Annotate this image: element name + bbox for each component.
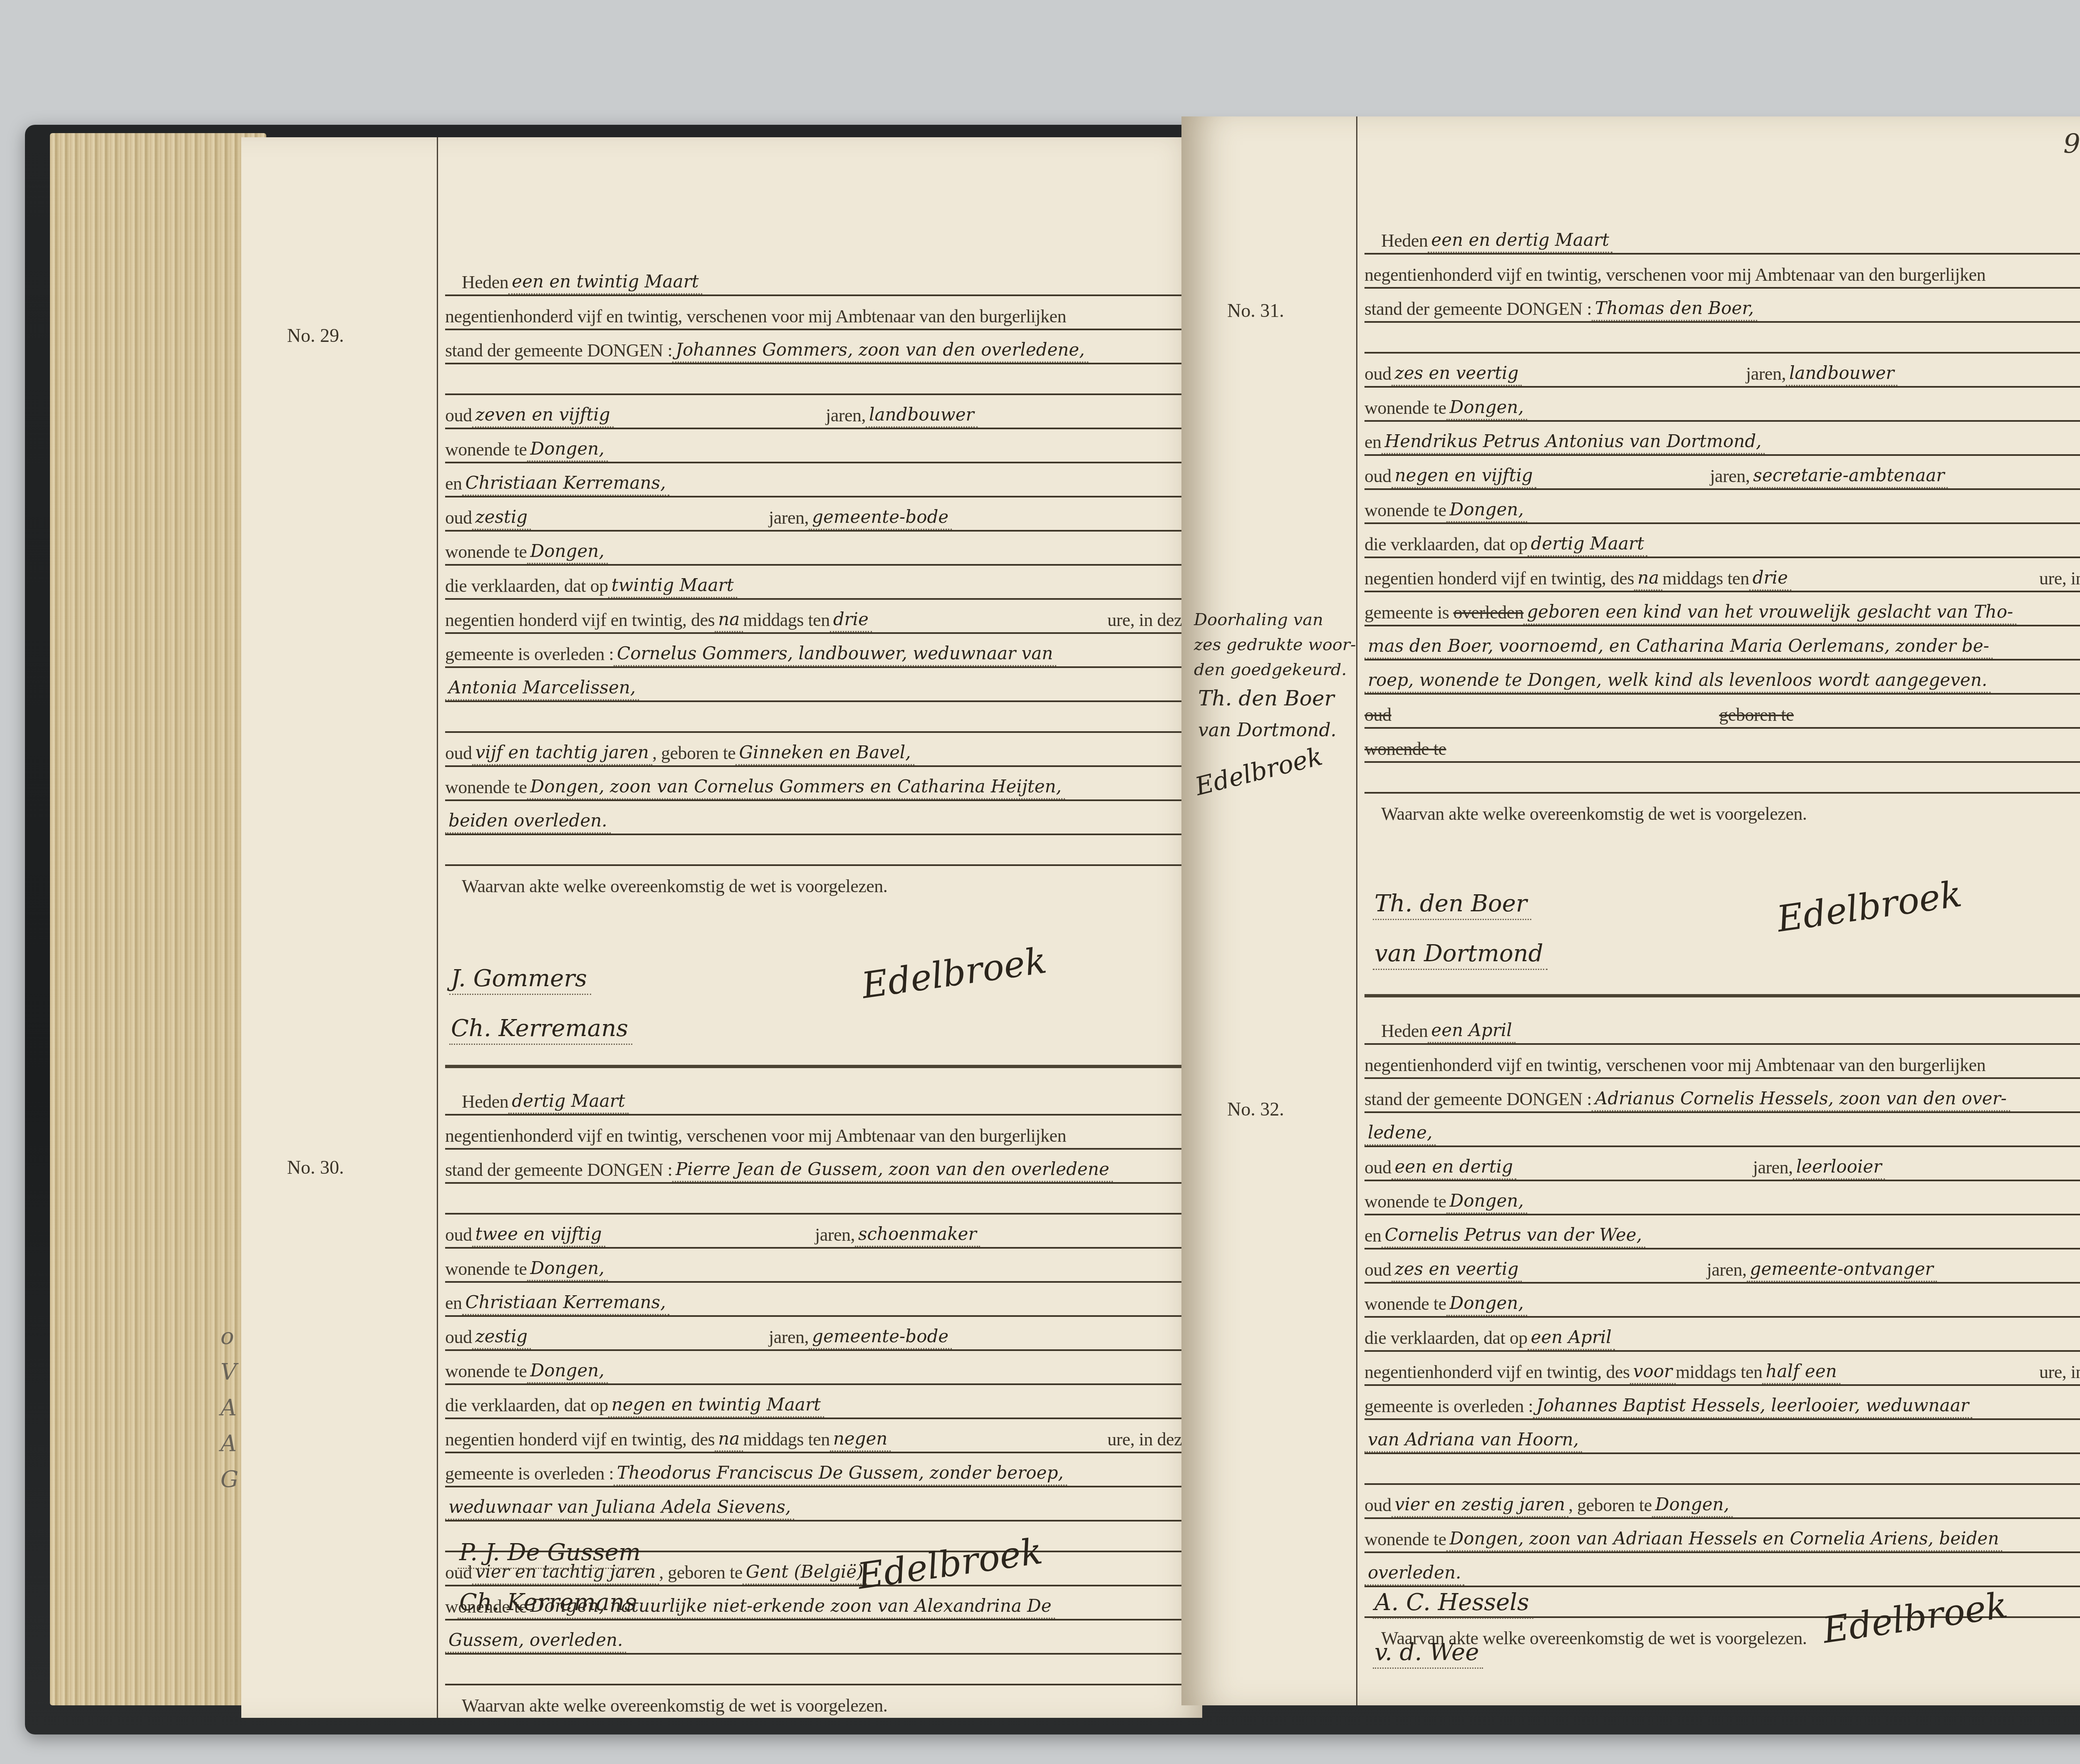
death-date: twintig Maart <box>608 575 737 598</box>
record-divider <box>1364 994 2080 997</box>
deceased-line-2: van Adriana van Hoorn, <box>1364 1429 1582 1452</box>
declarant-1-residence: Dongen, <box>1446 397 1527 420</box>
declarant-1-occupation: landbouwer <box>866 404 978 428</box>
label-ure: ure, in deze <box>2039 1361 2080 1384</box>
time-hour: half een <box>1762 1361 1840 1384</box>
label-heden: Heden <box>445 272 508 294</box>
witness-signature-2: Ch. Kerremans <box>449 1015 632 1045</box>
label-middags-ten: middags ten <box>743 609 830 632</box>
label-stand: stand der gemeente DONGEN : <box>1364 1089 1592 1111</box>
residence-line-2: beiden overleden. <box>445 810 611 834</box>
label-jaren: jaren, <box>815 1224 855 1247</box>
event-line-2: mas den Boer, voornoemd, en Catharina Ma… <box>1364 636 1993 659</box>
label-oud: oud <box>445 405 472 428</box>
label-time-line: negentien honderd vijf en twintig, des <box>445 1429 715 1452</box>
label-oud: oud <box>445 742 472 765</box>
label-verklaarden: die verklaarden, dat op <box>1364 1327 1528 1350</box>
label-stand: stand der gemeente DONGEN : <box>445 1159 672 1182</box>
declarant-1-age: zes en veertig <box>1392 363 1522 386</box>
label-oud: oud <box>1364 1259 1392 1282</box>
deceased-age: vijf en tachtig jaren <box>472 742 652 765</box>
label-time-line: negentien honderd vijf en twintig, des <box>1364 568 1634 591</box>
label-ure: ure, in deze <box>2039 568 2080 591</box>
declarant-2-occupation: gemeente-bode <box>809 1326 952 1349</box>
residence-line-1: Dongen, zoon van Adriaan Hessels en Corn… <box>1446 1528 2003 1551</box>
label-wonende-te: wonende te <box>1364 1293 1446 1316</box>
label-geboren-te: , geboren te <box>652 742 735 765</box>
deceased-line-1: Cornelus Gommers, landbouwer, weduwnaar … <box>614 643 1056 666</box>
label-line2: negentienhonderd vijf en twintig, versch… <box>445 1125 1066 1148</box>
label-verklaarden: die verklaarden, dat op <box>445 575 608 598</box>
witness-signature-1: P. J. De Gussem <box>458 1539 645 1569</box>
label-ure: ure, in deze <box>1107 1429 1190 1452</box>
time-prefix: na <box>715 1428 743 1452</box>
label-jaren: jaren, <box>769 507 809 530</box>
declarant-2-age: negen en vijftig <box>1392 465 1536 488</box>
margin-signature-van-dortmond: van Dortmond. <box>1198 720 1337 741</box>
declarant-1-age: zeven en vijftig <box>472 404 614 428</box>
margin-signature-edelbroek: Edelbroek <box>1192 742 1325 801</box>
birth-stillborn-record-31: Hedeneen en dertig Maart negentienhonder… <box>1364 220 2080 826</box>
declarant-2-age: zes en veertig <box>1392 1259 1522 1282</box>
label-oud: oud <box>445 1224 472 1247</box>
label-wonende-te: wonende te <box>445 541 527 564</box>
left-page: o V A A G No. 29. Hedeneen en twintig Ma… <box>241 137 1202 1718</box>
time-prefix: na <box>1634 567 1662 591</box>
witness-signature-2: van Dortmond <box>1373 940 1548 970</box>
declarant-2: Christiaan Kerremans, <box>462 1292 669 1315</box>
death-date: negen en twintig Maart <box>608 1394 824 1418</box>
record-number: No. 32. <box>1227 1098 1284 1120</box>
margin-approval-note: Doorhaling van zes gedrukte woor- den go… <box>1194 607 1356 682</box>
record-date: een en twintig Maart <box>508 271 702 294</box>
label-en: en <box>1364 1225 1382 1248</box>
label-stand: stand der gemeente DONGEN : <box>1364 298 1592 321</box>
label-en: en <box>445 473 462 496</box>
label-en: en <box>1364 431 1382 454</box>
label-oud: oud <box>445 507 472 530</box>
birthplace: Gent (België) <box>743 1561 867 1585</box>
label-oud: oud <box>1364 1157 1392 1180</box>
declarant-1-line-1: Adrianus Cornelis Hessels, zoon van den … <box>1592 1088 2010 1111</box>
birthplace: Ginneken en Bavel, <box>735 742 914 765</box>
margin-signature-den-boer: Th. den Boer <box>1198 686 1334 710</box>
death-date: een April <box>1528 1327 1615 1350</box>
label-line2: negentienhonderd vijf en twintig, versch… <box>1364 1054 1986 1077</box>
death-record-29: Hedeneen en twintig Maart negentienhonde… <box>445 262 1190 898</box>
record-number: No. 30. <box>287 1156 344 1178</box>
time-hour: drie <box>830 609 872 632</box>
declarant-1-residence: Dongen, <box>527 438 608 462</box>
label-oud: oud <box>445 1326 472 1349</box>
witness-signature-1: A. C. Hessels <box>1373 1589 1533 1619</box>
label-time-line: negentien honderd vijf en twintig, des <box>445 609 715 632</box>
struck-label-wonende-te: wonende te <box>1364 738 1446 761</box>
residence-line-2: Gussem, overleden. <box>445 1630 626 1653</box>
declarant-1: Pierre Jean de Gussem, zoon van den over… <box>672 1159 1113 1182</box>
right-page-margin-rule <box>1356 116 1357 1705</box>
struck-word-overleden: overleden <box>1449 602 1523 625</box>
declarant-2-occupation: secretarie-ambtenaar <box>1750 465 1948 488</box>
declarant-1: Johannes Gommers, zoon van den overleden… <box>672 339 1088 363</box>
deceased-line-2: weduwnaar van Juliana Adela Sievens, <box>445 1497 794 1520</box>
declarant-1-occupation: schoenmaker <box>855 1224 980 1247</box>
declarant-1-residence: Dongen, <box>527 1258 608 1281</box>
label-overleden: gemeente is overleden : <box>1364 1395 1533 1418</box>
witness-signature-2: v. d. Wee <box>1373 1639 1483 1669</box>
death-record-32: Hedeneen April negentienhonderd vijf en … <box>1364 1011 2080 1650</box>
declarant-1-line-2: ledene, <box>1364 1122 1436 1145</box>
time-prefix: voor <box>1630 1361 1676 1384</box>
label-wonende-te: wonende te <box>445 1258 527 1281</box>
label-oud: oud <box>1364 363 1392 386</box>
declarant-1-residence: Dongen, <box>1446 1190 1527 1214</box>
time-prefix: na <box>715 609 743 632</box>
declarant-2: Hendrikus Petrus Antonius van Dortmond, <box>1382 431 1765 454</box>
label-oud: oud <box>1364 1494 1392 1517</box>
label-line2: negentienhonderd vijf en twintig, versch… <box>445 306 1066 329</box>
label-overleden: gemeente is overleden : <box>445 1463 614 1486</box>
label-waarvan: Waarvan akte welke overeenkomstig de wet… <box>445 876 887 898</box>
time-hour: negen <box>830 1428 891 1452</box>
struck-label-geboren-te: geboren te <box>1719 704 1794 727</box>
label-jaren: jaren, <box>1753 1157 1793 1180</box>
record-date: dertig Maart <box>508 1091 628 1114</box>
declarant-2-residence: Dongen, <box>527 1360 608 1383</box>
declarant-2-age: zestig <box>472 1326 531 1349</box>
label-wonende-te: wonende te <box>1364 1191 1446 1214</box>
label-wonende-te: wonende te <box>1364 500 1446 522</box>
right-page: 9 f Doorhaling van zes gedrukte woor- de… <box>1181 116 2080 1705</box>
deceased-line-2: Antonia Marcelissen, <box>445 677 639 700</box>
official-signature: Edelbroek <box>859 940 1049 1007</box>
witness-signature-2: Ch. Kerremans <box>458 1589 641 1619</box>
label-line2: negentienhonderd vijf en twintig, versch… <box>1364 264 1986 287</box>
event-line-3: roep, wonende te Dongen, welk kind als l… <box>1364 670 1991 693</box>
deceased-line-1: Theodorus Franciscus De Gussem, zonder b… <box>614 1462 1067 1486</box>
label-overleden: gemeente is overleden : <box>445 643 614 666</box>
declarant-2: Cornelis Petrus van der Wee, <box>1382 1225 1645 1248</box>
label-geboren-te: , geboren te <box>1568 1494 1652 1517</box>
record-date: een en dertig Maart <box>1428 230 1612 253</box>
label-jaren: jaren, <box>1707 1259 1747 1282</box>
declarant-2-residence: Dongen, <box>527 541 608 564</box>
label-heden: Heden <box>1364 230 1428 253</box>
record-number: No. 31. <box>1227 299 1284 322</box>
label-middags-ten: middags ten <box>1676 1361 1762 1384</box>
label-en: en <box>445 1292 462 1315</box>
record-divider <box>445 1065 1190 1068</box>
declarant-1-age: twee en vijftig <box>472 1224 605 1247</box>
left-margin-scribble: o V A A G <box>220 1319 238 1497</box>
residence-line-2: overleden. <box>1364 1562 1464 1586</box>
label-wonende-te: wonende te <box>1364 397 1446 420</box>
deceased-line-1: Johannes Baptist Hessels, leerlooier, we… <box>1533 1395 1972 1418</box>
label-waarvan: Waarvan akte welke overeenkomstig de wet… <box>445 1695 887 1718</box>
declarant-2-occupation: gemeente-bode <box>809 507 952 530</box>
left-page-margin-rule <box>437 137 438 1718</box>
witness-signature-1: Th. den Boer <box>1373 890 1531 920</box>
birthplace: Dongen, <box>1652 1494 1733 1517</box>
label-geboren-te: , geboren te <box>659 1562 742 1585</box>
declarant-1-age: een en dertig <box>1392 1156 1516 1180</box>
label-wonende-te: wonende te <box>445 439 527 462</box>
declarant-2-occupation: gemeente-ontvanger <box>1747 1259 1937 1282</box>
witness-signature-1: J. Gommers <box>449 965 591 995</box>
label-verklaarden: die verklaarden, dat op <box>445 1395 608 1418</box>
label-heden: Heden <box>1364 1020 1428 1043</box>
label-wonende-te: wonende te <box>1364 1529 1446 1551</box>
time-hour: drie <box>1749 567 1791 591</box>
label-jaren: jaren, <box>769 1326 809 1349</box>
label-oud: oud <box>1364 465 1392 488</box>
record-date: een April <box>1428 1020 1515 1043</box>
declarant-2: Christiaan Kerremans, <box>462 473 669 496</box>
declarant-1-occupation: landbouwer <box>1786 363 1898 386</box>
declarant-2-residence: Dongen, <box>1446 499 1527 522</box>
event-date: dertig Maart <box>1528 533 1647 557</box>
label-wonende-te: wonende te <box>445 777 527 799</box>
label-wonende-te: wonende te <box>445 1361 527 1383</box>
label-jaren: jaren, <box>1710 465 1750 488</box>
label-middags-ten: middags ten <box>1662 568 1749 591</box>
struck-label-oud: oud <box>1364 704 1392 727</box>
declarant-1-occupation: leerlooier <box>1793 1156 1885 1180</box>
page-number: 9 <box>2063 129 2080 160</box>
label-gemeente-is: gemeente is <box>1364 602 1449 625</box>
label-waarvan: Waarvan akte welke overeenkomstig de wet… <box>1364 803 1807 826</box>
event-line-1: geboren een kind van het vrouwelijk gesl… <box>1523 601 2016 625</box>
label-verklaarden: die verklaarden, dat op <box>1364 534 1528 557</box>
death-record-30: Hedendertig Maart negentienhonderd vijf … <box>445 1081 1190 1718</box>
label-jaren: jaren, <box>826 405 866 428</box>
declarant-1: Thomas den Boer, <box>1592 298 1757 321</box>
label-time-line: negentienhonderd vijf en twintig, des <box>1364 1361 1630 1384</box>
label-middags-ten: middags ten <box>743 1429 830 1452</box>
residence-line-1: Dongen, zoon van Cornelus Gommers en Cat… <box>527 776 1065 799</box>
declarant-2-residence: Dongen, <box>1446 1293 1527 1316</box>
label-jaren: jaren, <box>1746 363 1786 386</box>
deceased-age: vier en zestig jaren <box>1392 1494 1569 1517</box>
official-signature: Edelbroek <box>1774 873 1964 940</box>
label-ure: ure, in deze <box>1107 609 1190 632</box>
label-stand: stand der gemeente DONGEN : <box>445 340 672 363</box>
label-heden: Heden <box>445 1091 508 1114</box>
record-number: No. 29. <box>287 324 344 346</box>
declarant-2-age: zestig <box>472 507 531 530</box>
